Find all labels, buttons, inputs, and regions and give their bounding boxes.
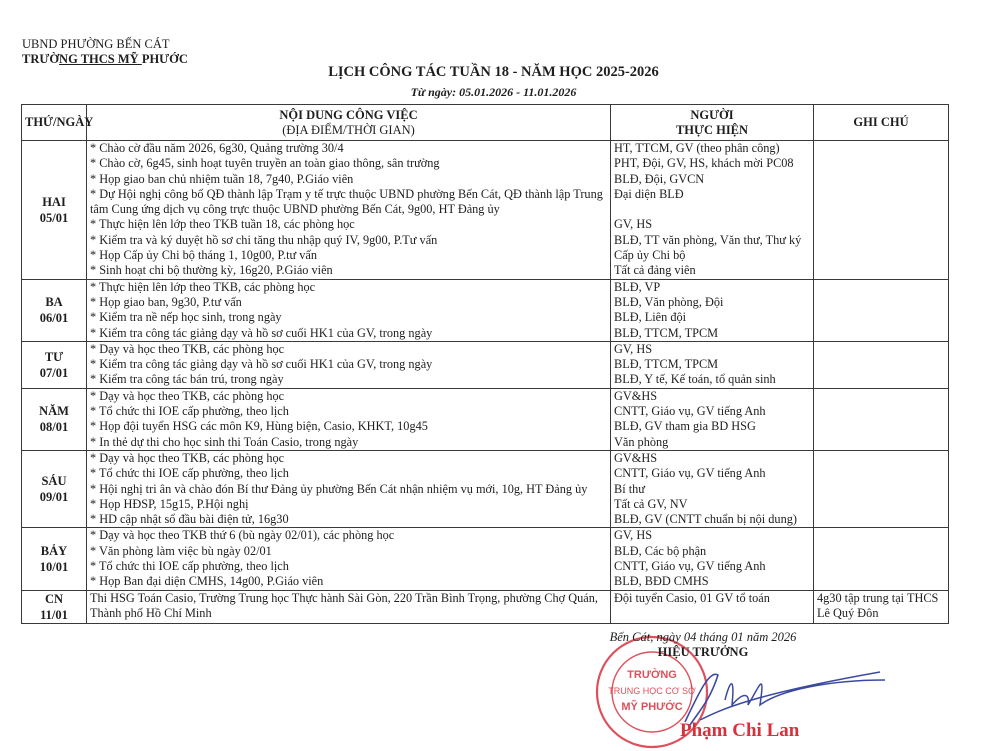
day-name: TƯ [25,349,83,365]
people-cell: GV, HSBLĐ, Các bộ phậnCNTT, Giáo vụ, GV … [611,528,814,590]
people-item: Cấp ủy Chi bộ [614,248,810,263]
table-row: CN11/01Thi HSG Toán Casio, Trường Trung … [22,590,949,623]
people-item: BLĐ, TTCM, TPCM [614,326,810,341]
people-item: GV, HS [614,217,810,232]
table-row: SÁU09/01* Dạy và học theo TKB, các phòng… [22,450,949,527]
spacer [614,202,810,217]
signature-role: HIỆU TRƯỞNG [603,645,803,660]
task-item: * Sinh hoạt chi bộ thường kỳ, 16g20, P.G… [90,263,607,278]
tasks-cell: * Dạy và học theo TKB, các phòng học* Ki… [87,341,611,388]
task-item: * Họp Ban đại diện CMHS, 14g00, P.Giáo v… [90,574,607,589]
day-cell: BA06/01 [22,279,87,341]
task-item: * Dạy và học theo TKB, các phòng học [90,451,607,466]
svg-text:TRƯỜNG: TRƯỜNG [627,668,677,681]
svg-text:MỸ PHƯỚC: MỸ PHƯỚC [621,700,682,713]
people-cell: HT, TTCM, GV (theo phân công)PHT, Đội, G… [611,141,814,280]
task-item: * Dạy và học theo TKB, các phòng học [90,389,607,404]
people-item: HT, TTCM, GV (theo phân công) [614,141,810,156]
people-item: BLĐ, Văn phòng, Đội [614,295,810,310]
people-item: GV, HS [614,342,810,357]
people-item: GV&HS [614,451,810,466]
day-date: 08/01 [25,419,83,435]
tasks-cell: * Dạy và học theo TKB, các phòng học* Tổ… [87,450,611,527]
table-row: HAI05/01* Chào cờ đầu năm 2026, 6g30, Qu… [22,141,949,280]
day-date: 09/01 [25,489,83,505]
spacer [614,606,810,621]
people-item: Bí thư [614,482,810,497]
day-name: SÁU [25,473,83,489]
tasks-cell: * Dạy và học theo TKB, các phòng học* Tổ… [87,388,611,450]
task-item: * HD cập nhật sổ đầu bài điện tử, 16g30 [90,512,607,527]
people-item: Tất cả GV, NV [614,497,810,512]
task-item: * Họp HĐSP, 15g15, P.Hội nghị [90,497,607,512]
people-item: Tất cả đảng viên [614,263,810,278]
task-item: * Dạy và học theo TKB thứ 6 (bù ngày 02/… [90,528,607,543]
day-name: CN [25,591,83,607]
note-cell [814,279,949,341]
task-item: * Họp giao ban chủ nhiệm tuần 18, 7g40, … [90,172,607,187]
people-item: CNTT, Giáo vụ, GV tiếng Anh [614,466,810,481]
task-item: * Thực hiện lên lớp theo TKB tuần 18, cá… [90,217,607,232]
organization-header: UBND PHƯỜNG BẾN CÁT TRƯỜNG THCS MỸ PHƯỚC [22,37,188,67]
people-item: BLĐ, Các bộ phận [614,544,810,559]
people-header-line1: NGƯỜI [690,108,733,122]
people-item: BLĐ, Liên đội [614,310,810,325]
task-item: * Dự Hội nghị công bố QĐ thành lập Trạm … [90,187,607,218]
people-item: CNTT, Giáo vụ, GV tiếng Anh [614,559,810,574]
task-item: * Chào cờ, 6g45, sinh hoạt tuyên truyền … [90,156,607,171]
tasks-cell: Thi HSG Toán Casio, Trường Trung học Thự… [87,590,611,623]
column-header-people: NGƯỜITHỰC HIỆN [611,105,814,141]
task-item: * Kiểm tra công tác giảng dạy và hồ sơ c… [90,357,607,372]
people-item: Đại diện BLĐ [614,187,810,202]
people-item: PHT, Đội, GV, HS, khách mời PC08 [614,156,810,171]
table-row: BẢY10/01* Dạy và học theo TKB thứ 6 (bù … [22,528,949,590]
svg-text:TRUNG HỌC CƠ SỞ: TRUNG HỌC CƠ SỞ [608,685,696,696]
content-header-sub: (ĐỊA ĐIỂM/THỜI GIAN) [282,123,415,137]
people-item: BLĐ, Y tế, Kế toán, tổ quản sinh [614,372,810,387]
task-item: * Kiểm tra công tác giảng dạy và hồ sơ c… [90,326,607,341]
tasks-cell: * Thực hiện lên lớp theo TKB, các phòng … [87,279,611,341]
task-item: * Dạy và học theo TKB, các phòng học [90,342,607,357]
column-header-note: GHI CHÚ [814,105,949,141]
day-date: 07/01 [25,365,83,381]
task-item: Thi HSG Toán Casio, Trường Trung học Thự… [90,591,607,622]
task-item: * Họp giao ban, 9g30, P.tư vấn [90,295,607,310]
people-item: BLĐ, VP [614,280,810,295]
people-cell: GV&HSCNTT, Giáo vụ, GV tiếng AnhBLĐ, GV … [611,388,814,450]
day-cell: NĂM08/01 [22,388,87,450]
org-line-ward: UBND PHƯỜNG BẾN CÁT [22,37,188,52]
tasks-cell: * Dạy và học theo TKB thứ 6 (bù ngày 02/… [87,528,611,590]
task-item: * Thực hiện lên lớp theo TKB, các phòng … [90,280,607,295]
people-item: GV&HS [614,389,810,404]
day-name: NĂM [25,403,83,419]
task-item: * Tổ chức thi IOE cấp phường, theo lịch [90,404,607,419]
people-item: GV, HS [614,528,810,543]
day-name: BA [25,294,83,310]
day-cell: BẢY10/01 [22,528,87,590]
signature-block: Bến Cát, ngày 04 tháng 01 năm 2026 HIỆU … [603,630,803,660]
day-name: BẢY [25,543,83,559]
task-item: * Hội nghị tri ân và chào đón Bí thư Đản… [90,482,607,497]
document-title: LỊCH CÔNG TÁC TUẦN 18 - NĂM HỌC 2025-202… [0,64,987,81]
task-item: * Chào cờ đầu năm 2026, 6g30, Quảng trườ… [90,141,607,156]
note-cell [814,388,949,450]
column-header-day: THỨ/NGÀY [22,105,87,141]
people-item: BLĐ, GV tham gia BD HSG [614,419,810,434]
people-header-line2: THỰC HIỆN [676,123,748,137]
people-item: Văn phòng [614,435,810,450]
table-row: BA06/01* Thực hiện lên lớp theo TKB, các… [22,279,949,341]
people-item: Đội tuyển Casio, 01 GV tổ toán [614,591,810,606]
task-item: * Tổ chức thi IOE cấp phường, theo lịch [90,559,607,574]
date-range: Từ ngày: 05.01.2026 - 11.01.2026 [0,85,987,100]
content-header-main: NỘI DUNG CÔNG VIỆC [279,108,417,122]
day-date: 06/01 [25,310,83,326]
people-cell: GV, HSBLĐ, TTCM, TPCMBLĐ, Y tế, Kế toán,… [611,341,814,388]
note-cell [814,528,949,590]
tasks-cell: * Chào cờ đầu năm 2026, 6g30, Quảng trườ… [87,141,611,280]
day-cell: SÁU09/01 [22,450,87,527]
day-cell: CN11/01 [22,590,87,623]
people-item: BLĐ, GV (CNTT chuẩn bị nội dung) [614,512,810,527]
people-item: BLĐ, TTCM, TPCM [614,357,810,372]
day-date: 10/01 [25,559,83,575]
people-cell: BLĐ, VPBLĐ, Văn phòng, ĐộiBLĐ, Liên độiB… [611,279,814,341]
task-item: * Kiểm tra công tác bán trú, trong ngày [90,372,607,387]
task-item: * Kiểm tra nề nếp học sinh, trong ngày [90,310,607,325]
people-cell: Đội tuyển Casio, 01 GV tổ toán [611,590,814,623]
signature-place-date: Bến Cát, ngày 04 tháng 01 năm 2026 [603,630,803,645]
table-row: TƯ07/01* Dạy và học theo TKB, các phòng … [22,341,949,388]
people-item: BLĐ, TT văn phòng, Văn thư, Thư ký [614,233,810,248]
task-item: * Tổ chức thi IOE cấp phường, theo lịch [90,466,607,481]
note-cell [814,341,949,388]
people-item: CNTT, Giáo vụ, GV tiếng Anh [614,404,810,419]
schedule-table: THỨ/NGÀY NỘI DUNG CÔNG VIỆC(ĐỊA ĐIỂM/THỜ… [21,104,949,624]
day-cell: HAI05/01 [22,141,87,280]
day-cell: TƯ07/01 [22,341,87,388]
people-item: BLĐ, BĐD CMHS [614,574,810,589]
note-cell: 4g30 tập trung tại THCS Lê Quý Đôn [814,590,949,623]
column-header-content: NỘI DUNG CÔNG VIỆC(ĐỊA ĐIỂM/THỜI GIAN) [87,105,611,141]
table-row: NĂM08/01* Dạy và học theo TKB, các phòng… [22,388,949,450]
note-cell [814,141,949,280]
table-header-row: THỨ/NGÀY NỘI DUNG CÔNG VIỆC(ĐỊA ĐIỂM/THỜ… [22,105,949,141]
day-name: HAI [25,194,83,210]
people-cell: GV&HSCNTT, Giáo vụ, GV tiếng AnhBí thưTấ… [611,450,814,527]
task-item: * Họp Cấp ủy Chi bộ tháng 1, 10g00, P.tư… [90,248,607,263]
task-item: * In thẻ dự thi cho học sinh thi Toán Ca… [90,435,607,450]
people-item: BLĐ, Đội, GVCN [614,172,810,187]
day-date: 05/01 [25,210,83,226]
task-item: * Văn phòng làm việc bù ngày 02/01 [90,544,607,559]
signer-name: Phạm Chi Lan [680,720,799,742]
task-item: * Họp đội tuyển HSG các môn K9, Hùng biệ… [90,419,607,434]
day-date: 11/01 [25,607,83,623]
task-item: * Kiểm tra và ký duyệt hồ sơ chi tăng th… [90,233,607,248]
note-cell [814,450,949,527]
